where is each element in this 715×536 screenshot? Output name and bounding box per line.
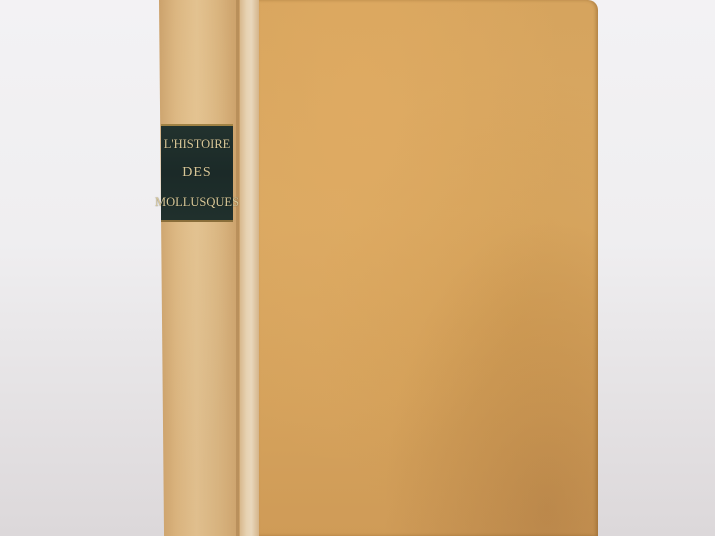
spine-title-label: L'HISTOIRE DES MOLLUSQUES xyxy=(161,124,233,222)
spine-hinge xyxy=(240,0,259,536)
book-spine xyxy=(159,0,243,536)
spine-title-line-3: MOLLUSQUES xyxy=(155,196,239,209)
spine-hinge-groove xyxy=(236,0,239,536)
spine-title-line-1: L'HISTOIRE xyxy=(164,138,231,151)
book: L'HISTOIRE DES MOLLUSQUES xyxy=(0,0,715,536)
front-cover xyxy=(259,0,598,536)
spine-title-line-2: DES xyxy=(182,166,211,180)
